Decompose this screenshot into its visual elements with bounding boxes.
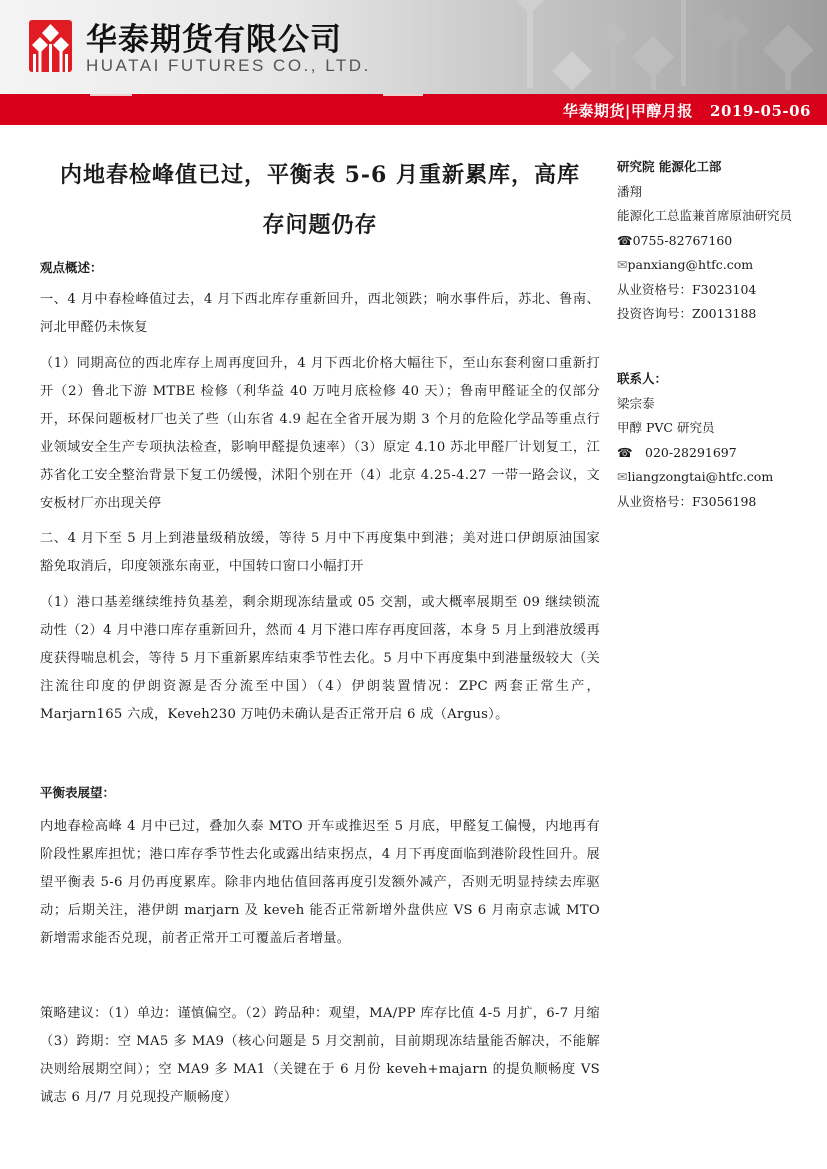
contact-name: 梁宗泰 bbox=[617, 392, 817, 417]
analyst-card: 研究院 能源化工部 潘翔 能源化工总监兼首席原油研究员 ☎0755-827671… bbox=[617, 155, 817, 327]
decor-diamond bbox=[509, 0, 551, 14]
overview-heading: 观点概述： bbox=[40, 258, 600, 276]
contact-email[interactable]: liangzongtai@htfc.com bbox=[627, 469, 773, 484]
overview-point-1: 一、4 月中春检峰值过去，4 月下西北库存重新回升，西北领跌；响水事件后，苏北、… bbox=[40, 286, 600, 342]
email-icon: ✉ bbox=[617, 253, 627, 278]
contact-heading: 联系人： bbox=[617, 367, 817, 392]
decor-diamond bbox=[763, 25, 814, 76]
analyst-phone-row: ☎0755-82767160 bbox=[617, 229, 817, 254]
decor-tick bbox=[90, 94, 132, 96]
analyst-email[interactable]: panxiang@htfc.com bbox=[627, 257, 753, 272]
report-banner-text: 华泰期货|甲醇月报 2019-05-06 bbox=[563, 100, 811, 121]
department-label: 研究院 能源化工部 bbox=[617, 155, 817, 180]
analyst-advisory-license: 投资咨询号：Z0013188 bbox=[617, 302, 817, 327]
overview-point-1-detail: （1）同期高位的西北库存上周再度回升，4 月下西北价格大幅往下，至山东套利窗口重… bbox=[40, 350, 600, 518]
report-type: 华泰期货|甲醇月报 bbox=[563, 102, 693, 120]
contact-card: 联系人： 梁宗泰 甲醇 PVC 研究员 ☎020-28291697 ✉liang… bbox=[617, 367, 817, 514]
contact-phone: 020-28291697 bbox=[645, 445, 737, 460]
overview-point-2: 二、4 月下至 5 月上到港量级稍放缓，等待 5 月中下再度集中到港；美对进口伊… bbox=[40, 525, 600, 581]
phone-icon: ☎ bbox=[617, 229, 633, 254]
report-banner: 华泰期货|甲醇月报 2019-05-06 bbox=[0, 94, 827, 125]
strategy-text: 策略建议：（1）单边：谨慎偏空。（2）跨品种：观望，MA/PP 库存比值 4-5… bbox=[40, 1000, 600, 1112]
decor-diamond bbox=[632, 36, 674, 78]
title-line-2: 存问题仍存 bbox=[262, 212, 377, 238]
analyst-name: 潘翔 bbox=[617, 180, 817, 205]
report-header: 华泰期货有限公司 HUATAI FUTURES CO., LTD. bbox=[0, 0, 827, 94]
report-body: 内地春检峰值已过，平衡表 5-6 月重新累库，高库 存问题仍存 观点概述： 一、… bbox=[40, 150, 600, 1112]
company-name-en: HUATAI FUTURES CO., LTD. bbox=[86, 56, 371, 76]
balance-outlook-text: 内地春检高峰 4 月中已过，叠加久泰 MTO 开车或推迟至 5 月底，甲醛复工偏… bbox=[40, 813, 600, 953]
company-logo-icon bbox=[29, 20, 72, 72]
title-line-1: 内地春检峰值已过，平衡表 5-6 月重新累库，高库 bbox=[60, 162, 580, 188]
overview-point-2-detail: （1）港口基差继续维持负基差，剩余期现冻结量或 05 交割，或大概率展期至 09… bbox=[40, 589, 600, 729]
balance-outlook-heading: 平衡表展望： bbox=[40, 783, 600, 801]
company-name-cn: 华泰期货有限公司 bbox=[86, 14, 342, 59]
decor-diamond bbox=[552, 51, 592, 91]
analyst-phone: 0755-82767160 bbox=[633, 233, 733, 248]
phone-icon: ☎ bbox=[617, 441, 645, 466]
report-date: 2019-05-06 bbox=[710, 102, 811, 120]
decor-diamond bbox=[599, 21, 627, 49]
contact-license: 从业资格号：F3056198 bbox=[617, 490, 817, 515]
analyst-role: 能源化工总监兼首席原油研究员 bbox=[617, 204, 817, 229]
report-title: 内地春检峰值已过，平衡表 5-6 月重新累库，高库 存问题仍存 bbox=[40, 150, 600, 250]
analyst-license: 从业资格号：F3023104 bbox=[617, 278, 817, 303]
email-icon: ✉ bbox=[617, 465, 627, 490]
contact-email-row: ✉liangzongtai@htfc.com bbox=[617, 465, 817, 490]
decor-tick bbox=[383, 94, 423, 96]
decor-stem bbox=[681, 0, 686, 86]
contact-role: 甲醇 PVC 研究员 bbox=[617, 416, 817, 441]
contact-phone-row: ☎020-28291697 bbox=[617, 441, 817, 466]
analyst-email-row: ✉panxiang@htfc.com bbox=[617, 253, 817, 278]
